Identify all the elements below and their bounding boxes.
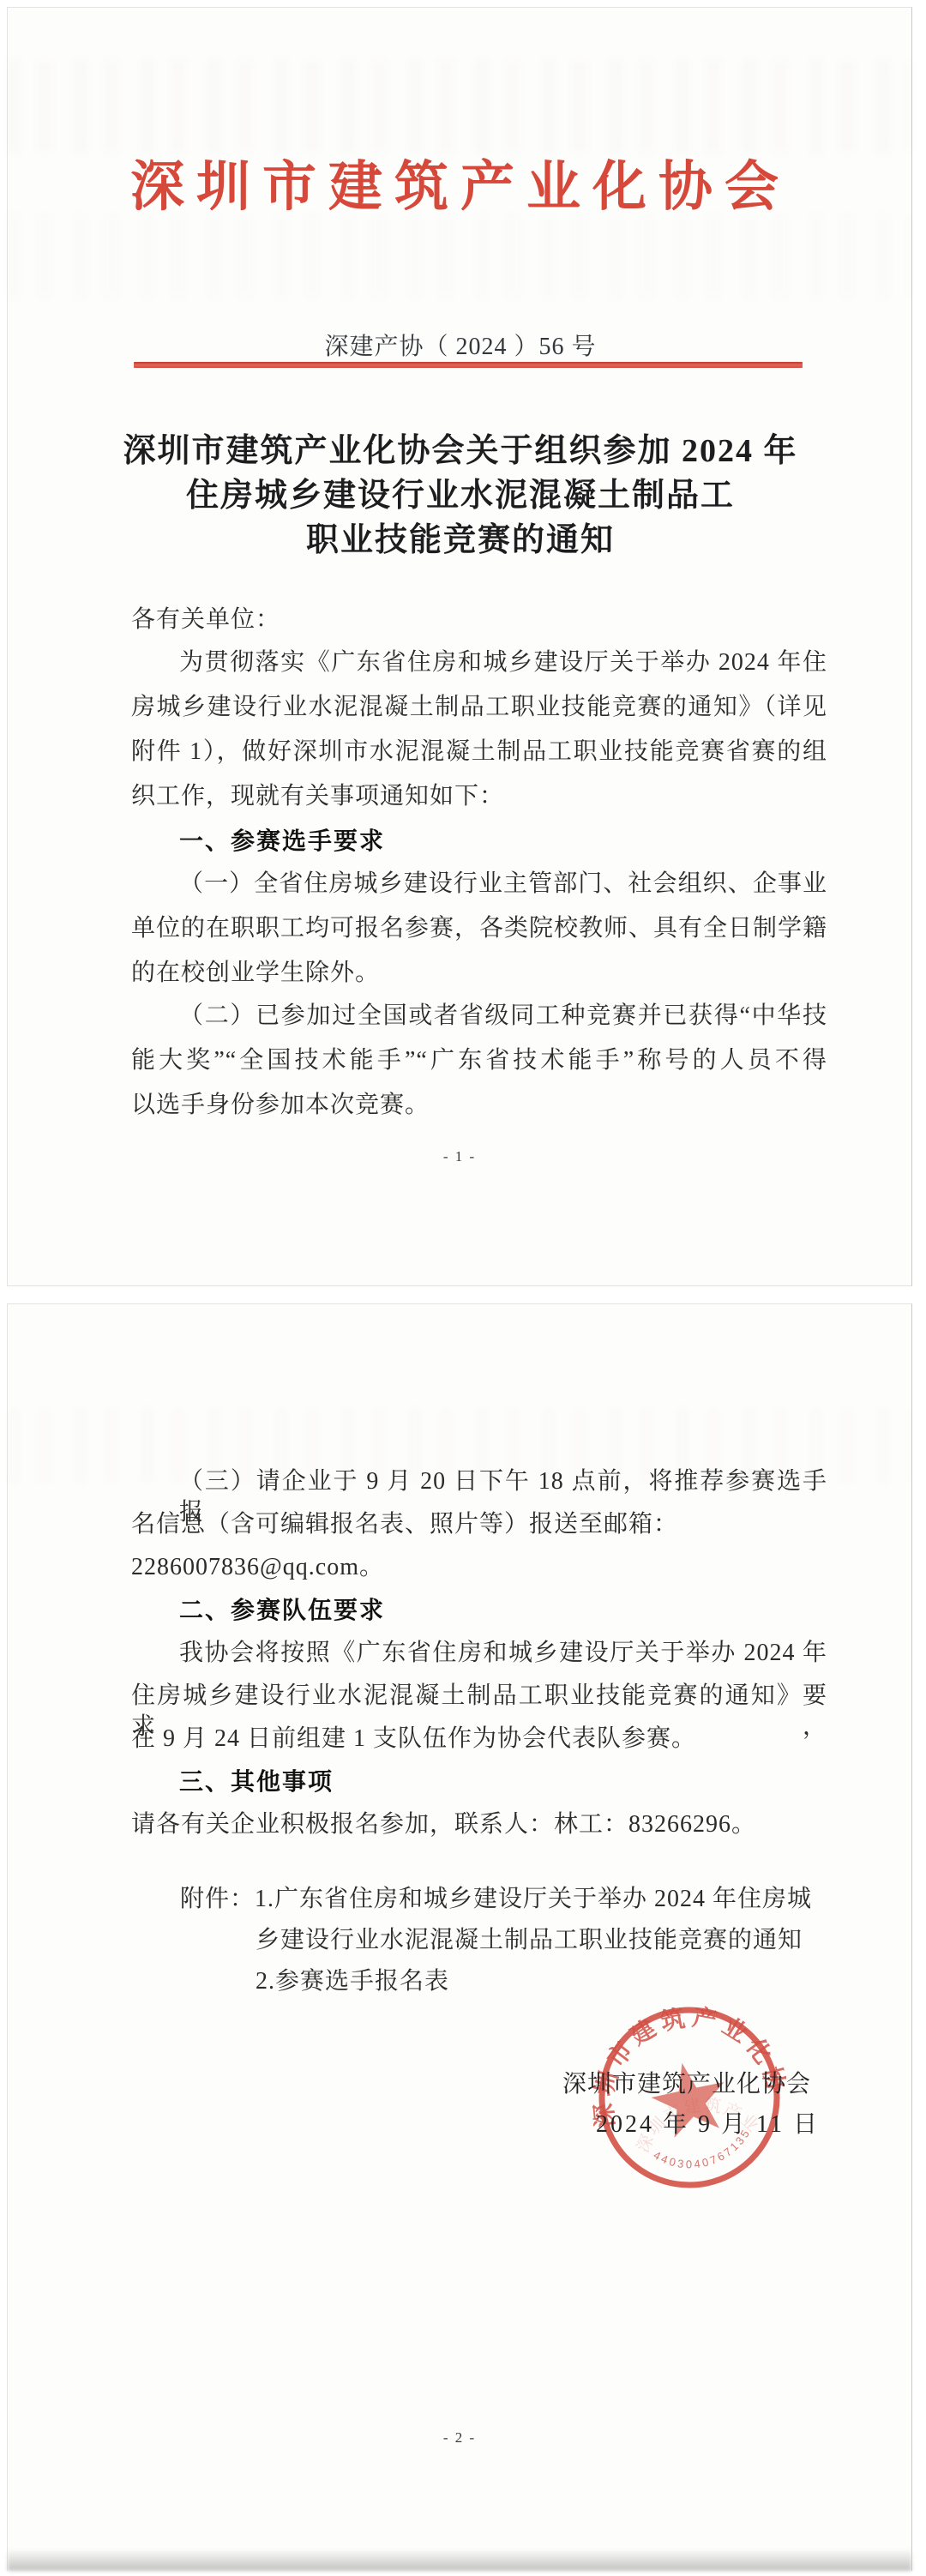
- scan-edge-shadow: [8, 2549, 911, 2571]
- doc-title-line-2: 住房城乡建设行业水泥混凝土制品工: [115, 468, 806, 515]
- body-line: 我协会将按照《广东省住房和城乡建设厅关于举办 2024 年: [131, 1638, 827, 1669]
- body-line: 附件 1），做好深圳市水泥混凝土制品工职业技能竞赛省赛的组: [131, 737, 827, 767]
- salutation: 各有关单位：: [131, 605, 827, 635]
- email-address: 2286007836@qq.com。: [131, 1552, 827, 1583]
- red-divider-line: [134, 362, 803, 368]
- contact-line: 请各有关企业积极报名参加，联系人：林工：83266296。: [131, 1809, 827, 1840]
- body-line: 房城乡建设行业水泥混凝土制品工职业技能竞赛的通知》（详见: [131, 692, 827, 723]
- body-line: 在 9 月 24 日前组建 1 支队伍作为协会代表队参赛。: [131, 1724, 827, 1754]
- page-2: （三）请企业于 9 月 20 日下午 18 点前，将推荐参赛选手报 名信息（含可…: [7, 1303, 912, 2571]
- section-heading-2: 二、参赛队伍要求: [131, 1595, 827, 1626]
- section-heading-3: 三、其他事项: [131, 1766, 827, 1797]
- org-header-title: 深圳市建筑产业化协会: [115, 143, 806, 221]
- body-line: 能大奖”“全国技术能手”“广东省技术能手”称号的人员不得: [131, 1045, 827, 1076]
- page-number-1: - 1 -: [8, 1148, 911, 1165]
- body-line: 名信息（含可编辑报名表、照片等）报送至邮箱：: [131, 1509, 827, 1540]
- body-line: 的在校创业学生除外。: [131, 958, 827, 989]
- doc-title-line-3: 职业技能竞赛的通知: [115, 513, 806, 560]
- body-line: 以选手身份参加本次竞赛。: [131, 1090, 827, 1121]
- doc-number: 深建产协（ 2024 ）56 号: [115, 328, 806, 362]
- page-number-2: - 2 -: [8, 2429, 911, 2447]
- attachments-line-3: 2.参赛选手报名表: [256, 1966, 832, 1997]
- bleed-through-artifact: [8, 214, 911, 299]
- attachments-line-2: 乡建设行业水泥混凝土制品工职业技能竞赛的通知: [256, 1925, 832, 1956]
- scanned-document: 深圳市建筑产业化协会 深建产协（ 2024 ）56 号 深圳市建筑产业化协会关于…: [0, 0, 926, 2576]
- body-line: （一）全省住房城乡建设行业主管部门、社会组织、企事业: [131, 869, 827, 900]
- page-1: 深圳市建筑产业化协会 深建产协（ 2024 ）56 号 深圳市建筑产业化协会关于…: [7, 7, 912, 1286]
- body-line: 单位的在职职工均可报名参赛，各类院校教师、具有全日制学籍: [131, 913, 827, 944]
- signature-date: 2024 年 9 月 11 日: [596, 2105, 820, 2140]
- body-line: （二）已参加过全国或者省级同工种竞赛并已获得“中华技: [131, 1001, 827, 1032]
- body-line: 为贯彻落实《广东省住房和城乡建设厅关于举办 2024 年住: [131, 647, 827, 678]
- body-line: 织工作，现就有关事项通知如下：: [131, 781, 827, 812]
- attachments-line-1: 附件：1.广东省住房和城乡建设厅关于举办 2024 年住房城: [180, 1884, 832, 1915]
- signature-org-name: 深圳市建筑产业化协会: [562, 2065, 811, 2099]
- bleed-through-artifact: [8, 59, 911, 153]
- section-heading-1: 一、参赛选手要求: [131, 826, 827, 857]
- doc-title-line-1: 深圳市建筑产业化协会关于组织参加 2024 年: [115, 424, 806, 471]
